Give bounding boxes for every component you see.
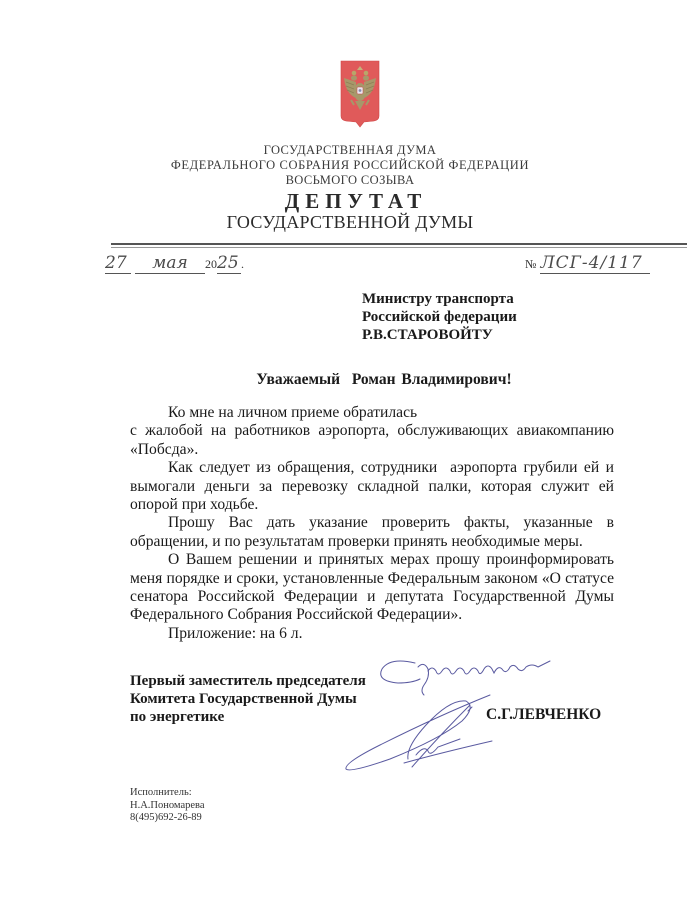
signatory-name: С.Г.ЛЕВЧЕНКО xyxy=(486,706,601,724)
body-attachment-note: Приложение: на 6 л. xyxy=(130,625,614,643)
date-year-prefix: 20 xyxy=(205,257,217,271)
header-subtitle: ГОСУДАРСТВЕННОЙ ДУМЫ xyxy=(0,212,700,233)
header-federal-assembly-line: ФЕДЕРАЛЬНОГО СОБРАНИЯ РОССИЙСКОЙ ФЕДЕРАЦ… xyxy=(0,158,700,173)
executor-phone: 8(495)692-26-89 xyxy=(130,812,205,825)
executor-label: Исполнитель: xyxy=(130,787,205,800)
body-paragraph-2: Как следует из обращения, сотрудники аэр… xyxy=(130,459,614,514)
number-sign: № xyxy=(525,257,536,271)
date-month: мая xyxy=(135,253,205,274)
number-value: ЛСГ-4/117 xyxy=(540,253,650,274)
document-number: №ЛСГ-4/117 xyxy=(525,253,650,275)
header-divider-thick xyxy=(111,243,687,245)
executor-block: Исполнитель: Н.А.Пономарева 8(495)692-26… xyxy=(130,787,205,825)
addressee-organization: Российской федерации xyxy=(362,308,517,326)
document-date: 27мая2025. xyxy=(105,253,244,275)
header-duma-line: ГОСУДАРСТВЕННАЯ ДУМА xyxy=(0,143,700,158)
header-title: ДЕПУТАТ xyxy=(0,189,700,214)
russian-coat-of-arms-icon xyxy=(340,60,380,128)
body-paragraph-3: Прошу Вас дать указание проверить факты,… xyxy=(130,514,614,551)
addressee-position: Министру транспорта xyxy=(362,290,517,308)
date-day: 27 xyxy=(105,253,131,274)
addressee-name: Р.В.СТАРОВОЙТУ xyxy=(362,326,517,344)
body-paragraph-1-intro: Ко мне на личном приеме обратилась xyxy=(130,404,614,422)
header-convocation-line: ВОСЬМОГО СОЗЫВА xyxy=(0,173,700,188)
salutation: Уважаемый Роман Владимирович! xyxy=(0,371,700,389)
body-paragraph-4: О Вашем решении и принятых мерах прошу п… xyxy=(130,551,614,625)
addressee-block: Министру транспорта Российской федерации… xyxy=(362,290,517,344)
executor-name: Н.А.Пономарева xyxy=(130,800,205,813)
letter-body: Ко мне на личном приеме обратилась с жал… xyxy=(130,404,614,643)
coat-of-arms-emblem xyxy=(340,60,380,128)
date-dot: . xyxy=(241,257,244,271)
date-year-suffix: 25 xyxy=(217,253,241,274)
body-paragraph-1: с жалобой на работников аэропорта, обслу… xyxy=(130,422,614,459)
header-divider-thin xyxy=(111,247,687,248)
